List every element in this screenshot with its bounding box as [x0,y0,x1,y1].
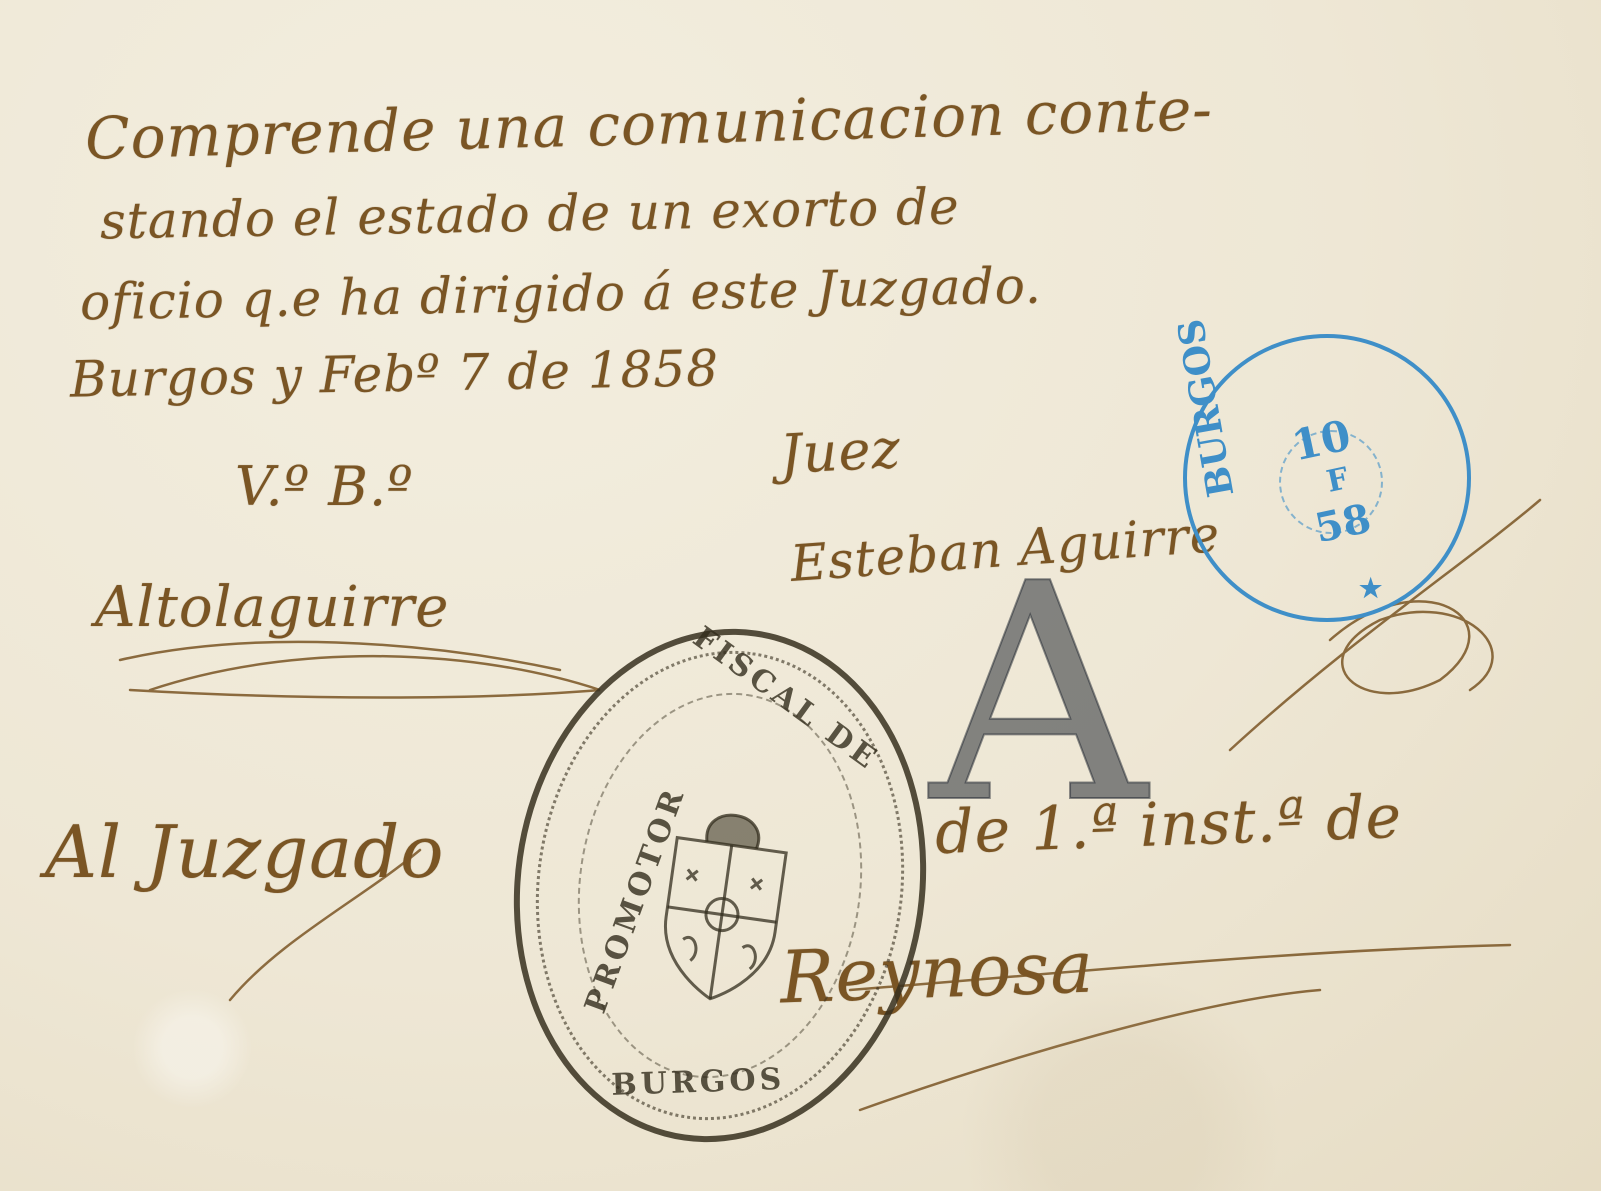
signature-right-title: Juez [778,417,902,486]
text-line-2: stando el estado de un exorto de [100,178,961,251]
coat-of-arms-icon [614,773,834,1027]
seal-text-bottom: BURGOS [611,1062,786,1103]
promotor-fiscal-seal: FISCAL DE PROMOTOR BURGOS [481,602,959,1169]
text-line-3: oficio q.e ha dirigido á este Juzgado. [80,257,1043,332]
signature-left: Altolaguirre [95,575,449,640]
star-icon: ★ [1359,574,1382,604]
date-line: Burgos y Febº 7 de 1858 [70,339,720,408]
burgos-postmark: BURGOS 10 F 58 ★ [1183,334,1471,622]
letter-paper: Comprende una comunicacion conte- stando… [0,0,1601,1191]
letter-a-mark: A [930,545,1147,845]
text-line-1: Comprende una comunicacion conte- [84,75,1213,173]
approval-mark: V.º B.º [235,455,414,518]
address-line-1: Al Juzgado [45,810,445,894]
